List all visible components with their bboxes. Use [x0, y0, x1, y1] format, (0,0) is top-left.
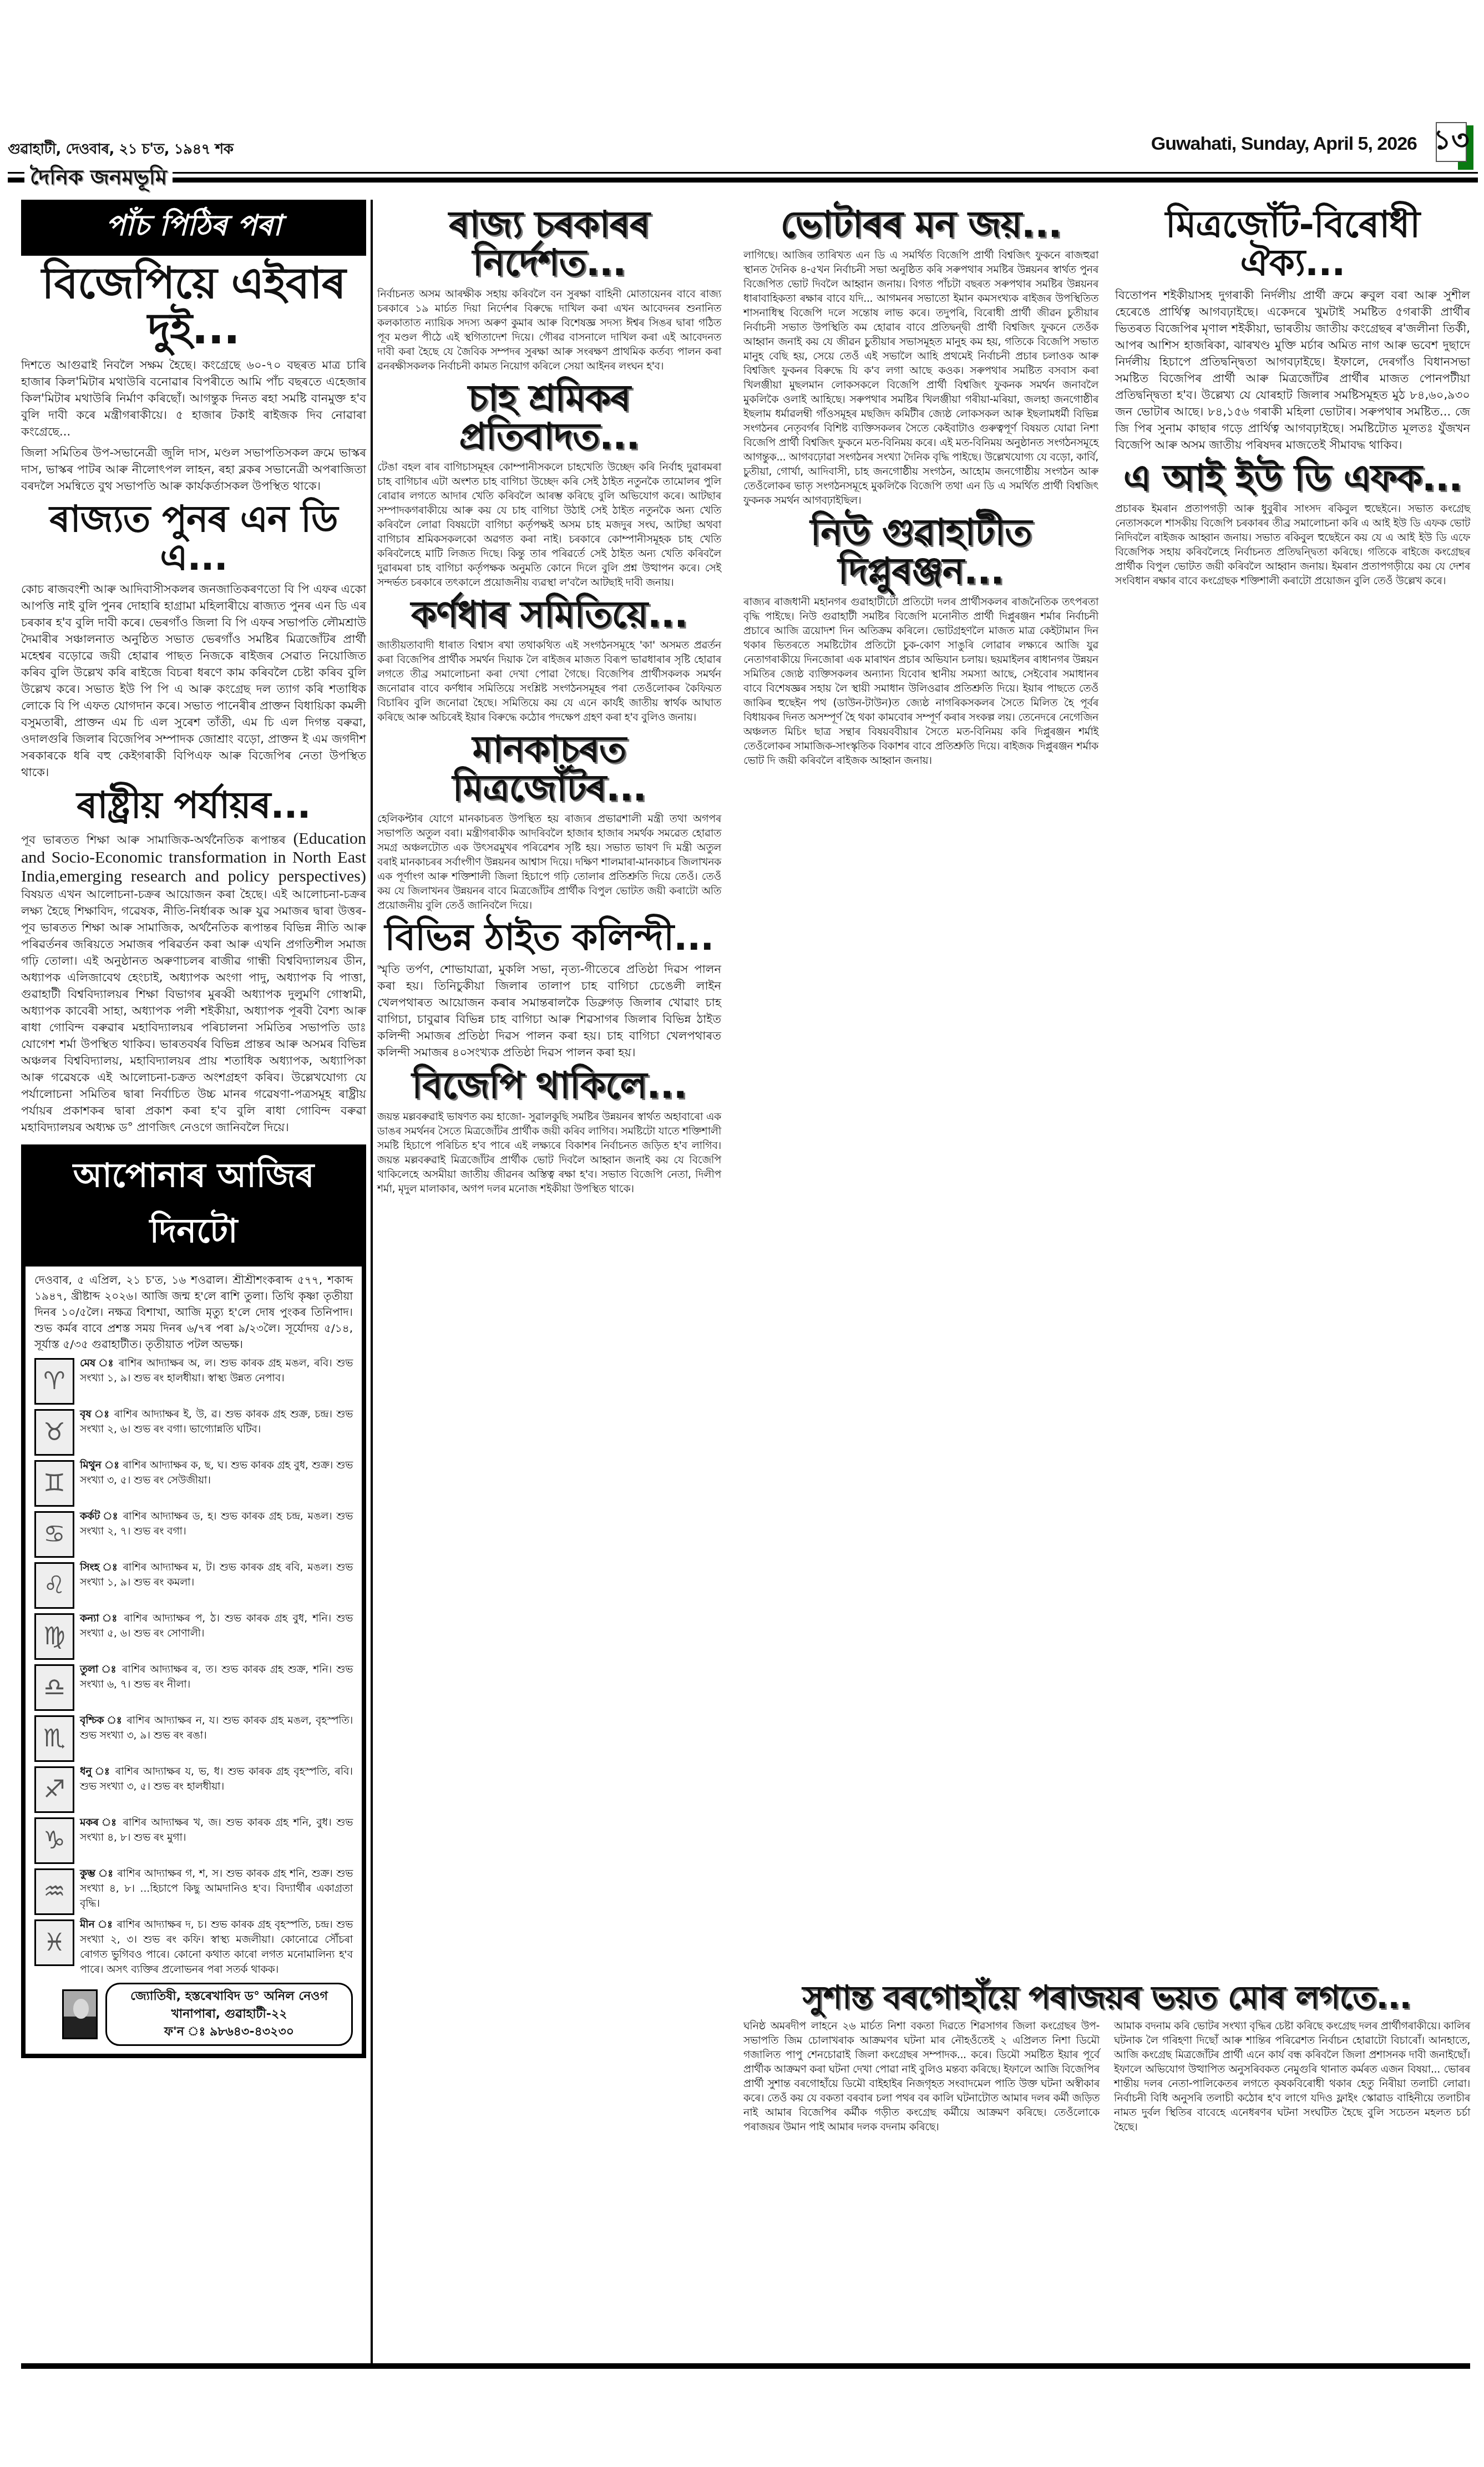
article-body: জিলা সমিতিৰ উপ-সভানেত্ৰী জুলি দাস, মণ্ডল… — [21, 444, 366, 494]
page-number-badge: ১৩ — [1429, 122, 1473, 166]
article-karnadhar-committee: কৰ্ণধাৰ সমিতিয়ে... জাতীয়তাবাদী ধাৰাত ব… — [377, 595, 721, 725]
headline: ৰাজ্যত পুনৰ এন ডি এ... — [21, 500, 366, 577]
article-body: পূব ভাৰতত শিক্ষা আৰু সামাজিক-অৰ্থনৈতিক ৰ… — [21, 829, 366, 1136]
zodiac-forecast: ৰাশিৰ আদ্যাক্ষৰ ম, ট। শুভ কাৰক গ্ৰহ ৰবি,… — [80, 1562, 353, 1588]
article-body: লাগিছে। আজিৰ তাৰিখত এন ডি এ সমৰ্থিত বিজে… — [743, 248, 1098, 508]
column-a: পাঁচ পিঠিৰ পৰা বিজেপিয়ে এইবাৰ দুই... দি… — [21, 200, 366, 2058]
zodiac-icon: ♋ — [34, 1511, 74, 1558]
headline: মানকাচৰত মিত্ৰজোঁটৰ... — [377, 730, 721, 807]
article-body: স্মৃতি তৰ্পণ, শোভাযাত্ৰা, মুকলি সভা, নৃত… — [377, 961, 721, 1061]
zodiac-text: বৃশ্চিক ঃ ৰাশিৰ আদ্যাক্ষৰ ন, য। শুভ কাৰক… — [80, 1713, 353, 1762]
zodiac-forecast: ৰাশিৰ আদ্যাক্ষৰ প, ঠ। শুভ কাৰক গ্ৰহ বুধ,… — [80, 1613, 353, 1639]
zodiac-forecast: ৰাশিৰ আদ্যাক্ষৰ ৰ, ত। শুভ কাৰক গ্ৰহ শুক্… — [80, 1664, 353, 1690]
zodiac-name: মকৰ ঃ — [80, 1817, 118, 1828]
zodiac-name: কৰ্কট ঃ — [80, 1511, 119, 1522]
article-body: আমাক বদনাম কৰি ভোটৰ সংখ্যা বৃদ্ধিৰ চেষ্ট… — [1114, 2019, 1470, 2134]
article-lead: পূব ভাৰতত শিক্ষা আৰু সামাজিক-অৰ্থনৈতিক ৰ… — [21, 833, 286, 847]
article-nda-again: ৰাজ্যত পুনৰ এন ডি এ... কোচ ৰাজবংশী আৰু আ… — [21, 500, 366, 781]
divider — [8, 172, 1478, 174]
article-bjp-two: বিজেপিয়ে এইবাৰ দুই... দিশতে আগুৱাই নিবল… — [21, 261, 366, 494]
horoscope-box: আপোনাৰ আজিৰ দিনটো দেওবাৰ, ৫ এপ্ৰিল, ২১ চ… — [21, 1144, 366, 2058]
article-tea-workers-protest: চাহ শ্ৰমিকৰ প্ৰতিবাদত... টেঙা বহল ৰাৰ বা… — [377, 379, 721, 590]
newspaper-logo: দৈনিক জনমভূমি — [24, 161, 173, 196]
article-alliance-opposition-unity: মিত্ৰজোঁট-বিৰোধী ঐক্য... বিতোপন শইকীয়াস… — [1115, 205, 1470, 453]
zodiac-name: বৃষ ঃ — [80, 1409, 110, 1420]
zodiac-text: মকৰ ঃ ৰাশিৰ আদ্যাক্ষৰ খ, জ। শুভ কাৰক গ্ৰ… — [80, 1815, 353, 1864]
zodiac-entry: ♍কন্যা ঃ ৰাশিৰ আদ্যাক্ষৰ প, ঠ। শুভ কাৰক … — [34, 1611, 353, 1660]
article-body: ৰাজ্যৰ ৰাজধানী মহানগৰ গুৱাহাটীটো প্ৰতিটো… — [743, 595, 1098, 768]
zodiac-forecast: ৰাশিৰ আদ্যাক্ষৰ গ, শ, স। শুভ কাৰক গ্ৰহ শ… — [80, 1868, 353, 1909]
zodiac-forecast: ৰাশিৰ আদ্যাক্ষৰ দ, চ। শুভ কাৰক গ্ৰহ বৃহস… — [80, 1919, 353, 1975]
section-kicker: পাঁচ পিঠিৰ পৰা — [21, 200, 366, 256]
headline: ভোটাৰৰ মন জয়... — [743, 205, 1098, 244]
article-national-level: ৰাষ্ট্ৰীয় পৰ্যায়ৰ... পূব ভাৰতত শিক্ষা … — [21, 786, 366, 1135]
zodiac-text: কন্যা ঃ ৰাশিৰ আদ্যাক্ষৰ প, ঠ। শুভ কাৰক গ… — [80, 1611, 353, 1660]
zodiac-entry: ♓মীন ঃ ৰাশিৰ আদ্যাক্ষৰ দ, চ। শুভ কাৰক গ্… — [34, 1917, 353, 1977]
divider — [8, 178, 1478, 183]
headline: বিজেপিয়ে এইবাৰ দুই... — [21, 261, 366, 352]
zodiac-list: ♈মেষ ঃ ৰাশিৰ আদ্যাক্ষৰ অ, ল। শুভ কাৰক গ্… — [34, 1356, 353, 1977]
zodiac-name: বৃশ্চিক ঃ — [80, 1715, 123, 1726]
zodiac-entry: ♋কৰ্কট ঃ ৰাশিৰ আদ্যাক্ষৰ ড, হ। শুভ কাৰক … — [34, 1509, 353, 1558]
article-mankachar-alliance: মানকাচৰত মিত্ৰজোঁটৰ... হেলিকপ্টাৰ যোগে ম… — [377, 730, 721, 913]
article-kalindi-celebrations: বিভিন্ন ঠাইত কলিন্দী... স্মৃতি তৰ্পণ, শো… — [377, 918, 721, 1061]
article-body: জয়ন্ত মল্লবৰুৱাই ভাষণত কয় হাজো- সুৱালক… — [377, 1110, 721, 1196]
article-body: নিৰ্বাচনত অসম আৰক্ষীক সহায় কৰিবলৈ বন সু… — [377, 287, 721, 373]
zodiac-icon: ♏ — [34, 1715, 74, 1762]
zodiac-icon: ♓ — [34, 1919, 74, 1966]
masthead: গুৱাহাটী, দেওবাৰ, ২১ চ'ত, ১৯৪৭ শক Guwaha… — [8, 133, 1478, 189]
article-new-guwahati: নিউ গুৱাহাটীত দিপ্লুৰঞ্জন... ৰাজ্যৰ ৰাজধ… — [743, 513, 1098, 768]
date-assamese: গুৱাহাটী, দেওবাৰ, ২১ চ'ত, ১৯৪৭ শক — [8, 138, 233, 162]
headline: মিত্ৰজোঁট-বিৰোধী ঐক্য... — [1115, 205, 1470, 282]
zodiac-icon: ♊ — [34, 1460, 74, 1507]
page-number: ১৩ — [1436, 122, 1467, 162]
zodiac-text: মীন ঃ ৰাশিৰ আদ্যাক্ষৰ দ, চ। শুভ কাৰক গ্ৰ… — [80, 1917, 353, 1977]
zodiac-icon: ♐ — [34, 1766, 74, 1813]
zodiac-entry: ♉বৃষ ঃ ৰাশিৰ আদ্যাক্ষৰ ই, উ, ৱ। শুভ কাৰক… — [34, 1407, 353, 1456]
zodiac-name: তুলা ঃ — [80, 1664, 118, 1675]
zodiac-name: মিথুন ঃ — [80, 1460, 119, 1471]
zodiac-text: সিংহ ঃ ৰাশিৰ আদ্যাক্ষৰ ম, ট। শুভ কাৰক গ্… — [80, 1560, 353, 1609]
zodiac-text: তুলা ঃ ৰাশিৰ আদ্যাক্ষৰ ৰ, ত। শুভ কাৰক গ্… — [80, 1662, 353, 1711]
zodiac-entry: ♌সিংহ ঃ ৰাশিৰ আদ্যাক্ষৰ ম, ট। শুভ কাৰক গ… — [34, 1560, 353, 1609]
zodiac-entry: ♐ধনু ঃ ৰাশিৰ আদ্যাক্ষৰ য, ভ, ধ। শুভ কাৰক… — [34, 1764, 353, 1813]
zodiac-text: মেষ ঃ ৰাশিৰ আদ্যাক্ষৰ অ, ল। শুভ কাৰক গ্ৰ… — [80, 1356, 353, 1405]
article-win-voters: ভোটাৰৰ মন জয়... লাগিছে। আজিৰ তাৰিখত এন … — [743, 205, 1098, 508]
column-d: মিত্ৰজোঁট-বিৰোধী ঐক্য... বিতোপন শইকীয়াস… — [1115, 200, 1470, 592]
zodiac-entry: ♑মকৰ ঃ ৰাশিৰ আদ্যাক্ষৰ খ, জ। শুভ কাৰক গ্… — [34, 1815, 353, 1864]
zodiac-icon: ♍ — [34, 1613, 74, 1660]
headline: বিজেপি থাকিলে... — [377, 1066, 721, 1105]
astrologer-phone: ফ'ন ঃ ৯৮৬৪৩-৪৩২৩০ — [110, 2023, 348, 2041]
zodiac-name: কন্যা ঃ — [80, 1613, 119, 1624]
horoscope-title: আপোনাৰ আজিৰ দিনটো — [26, 1149, 362, 1267]
headline: চাহ শ্ৰমিকৰ প্ৰতিবাদত... — [377, 379, 721, 456]
zodiac-forecast: ৰাশিৰ আদ্যাক্ষৰ ড, হ। শুভ কাৰক গ্ৰহ চন্দ… — [80, 1511, 353, 1537]
date-english: Guwahati, Sunday, April 5, 2026 — [1151, 133, 1417, 155]
column-divider — [371, 200, 373, 2363]
zodiac-name: মেষ ঃ — [80, 1357, 114, 1369]
horoscope-intro: দেওবাৰ, ৫ এপ্ৰিল, ২১ চ'ত, ১৬ শওৱাল। শ্ৰী… — [34, 1272, 353, 1352]
astrologer-credit: জ্যোতিষী, হস্তৰেখাবিদ ড° অনিল নেওগ খানাপ… — [62, 1983, 353, 2046]
zodiac-forecast: ৰাশিৰ আদ্যাক্ষৰ ই, উ, ৱ। শুভ কাৰক গ্ৰহ শ… — [80, 1409, 353, 1435]
article-text: বিষয়ত এখন আলোচনা-চক্ৰৰ আয়োজন কৰা হৈছে।… — [21, 888, 366, 1134]
zodiac-entry: ♒কুম্ভ ঃ ৰাশিৰ আদ্যাক্ষৰ গ, শ, স। শুভ কা… — [34, 1866, 353, 1915]
zodiac-forecast: ৰাশিৰ আদ্যাক্ষৰ অ, ল। শুভ কাৰক গ্ৰহ মঙল,… — [80, 1357, 353, 1384]
article-body: ঘনিষ্ঠ অমৰদীপ লাহনে ২৬ মাৰ্চত নিশা বকতা … — [743, 2019, 1100, 2134]
article-body: টেঙা বহল ৰাৰ বাগিচাসমূহৰ কোম্পানীসকলে চা… — [377, 460, 721, 590]
zodiac-forecast: ৰাশিৰ আদ্যাক্ষৰ য, ভ, ধ। শুভ কাৰক গ্ৰহ ব… — [80, 1766, 353, 1792]
article-aiudf: এ আই ইউ ডি এফক... প্ৰচাৰক ইমৰান প্ৰতাপগড… — [1115, 459, 1470, 588]
zodiac-icon: ♉ — [34, 1409, 74, 1456]
zodiac-text: কুম্ভ ঃ ৰাশিৰ আদ্যাক্ষৰ গ, শ, স। শুভ কাৰ… — [80, 1866, 353, 1915]
zodiac-icon: ♑ — [34, 1817, 74, 1864]
headline: এ আই ইউ ডি এফক... — [1115, 459, 1470, 497]
article-if-bjp-stays: বিজেপি থাকিলে... জয়ন্ত মল্লবৰুৱাই ভাষণত… — [377, 1066, 721, 1195]
zodiac-text: বৃষ ঃ ৰাশিৰ আদ্যাক্ষৰ ই, উ, ৱ। শুভ কাৰক … — [80, 1407, 353, 1456]
zodiac-icon: ♌ — [34, 1562, 74, 1609]
zodiac-entry: ♊মিথুন ঃ ৰাশিৰ আদ্যাক্ষৰ ক, ছ, ঘ। শুভ কা… — [34, 1458, 353, 1507]
headline: ৰাজ্য চৰকাৰৰ নিৰ্দেশত... — [377, 205, 721, 282]
astrologer-info: জ্যোতিষী, হস্তৰেখাবিদ ড° অনিল নেওগ খানাপ… — [105, 1983, 353, 2046]
article-body: বিতোপন শইকীয়াসহ দুগৰাকী নিৰ্দলীয় প্ৰাৰ… — [1115, 287, 1470, 453]
headline: ৰাষ্ট্ৰীয় পৰ্যায়ৰ... — [21, 786, 366, 824]
headline: নিউ গুৱাহাটীত দিপ্লুৰঞ্জন... — [743, 513, 1098, 590]
zodiac-icon: ♎ — [34, 1664, 74, 1711]
zodiac-icon: ♈ — [34, 1358, 74, 1405]
zodiac-entry: ♎তুলা ঃ ৰাশিৰ আদ্যাক্ষৰ ৰ, ত। শুভ কাৰক গ… — [34, 1662, 353, 1711]
article-body: প্ৰচাৰক ইমৰান প্ৰতাপগড়ী আৰু ধুবুৰীৰ সাং… — [1115, 501, 1470, 588]
article-body: কোচ ৰাজবংশী আৰু আদিবাসীসকলৰ জনজাতিকৰণতো … — [21, 581, 366, 781]
divider — [21, 2363, 1470, 2369]
zodiac-icon: ♒ — [34, 1868, 74, 1915]
column-b: ৰাজ্য চৰকাৰৰ নিৰ্দেশত... নিৰ্বাচনত অসম আ… — [377, 200, 721, 1200]
article-body: হেলিকপ্টাৰ যোগে মানকাচৰত উপস্থিত হয় ৰাজ… — [377, 812, 721, 913]
zodiac-text: মিথুন ঃ ৰাশিৰ আদ্যাক্ষৰ ক, ছ, ঘ। শুভ কাৰ… — [80, 1458, 353, 1507]
article-body: দিশতে আগুৱাই নিবলৈ সক্ষম হৈছে। কংগ্ৰেছে … — [21, 357, 366, 440]
astrologer-address: খানাপাৰা, গুৱাহাটী-২২ — [110, 2005, 348, 2023]
article-sushanta-borgohain: সুশান্ত বৰগোহাঁয়ে পৰাজয়ৰ ভয়ত মোৰ লগতে… — [743, 1975, 1470, 2139]
zodiac-text: কৰ্কট ঃ ৰাশিৰ আদ্যাক্ষৰ ড, হ। শুভ কাৰক গ… — [80, 1509, 353, 1558]
zodiac-name: মীন ঃ — [80, 1919, 113, 1931]
column-c: ভোটাৰৰ মন জয়... লাগিছে। আজিৰ তাৰিখত এন … — [743, 200, 1098, 772]
zodiac-name: ধনু ঃ — [80, 1766, 111, 1777]
zodiac-entry: ♈মেষ ঃ ৰাশিৰ আদ্যাক্ষৰ অ, ল। শুভ কাৰক গ্… — [34, 1356, 353, 1405]
logo-row: দৈনিক জনমভূমি — [8, 161, 1478, 189]
astrologer-photo — [62, 1989, 98, 2039]
headline: কৰ্ণধাৰ সমিতিয়ে... — [377, 595, 721, 634]
article-state-govt-directive: ৰাজ্য চৰকাৰৰ নিৰ্দেশত... নিৰ্বাচনত অসম আ… — [377, 205, 721, 373]
headline: বিভিন্ন ঠাইত কলিন্দী... — [377, 918, 721, 956]
headline: সুশান্ত বৰগোহাঁয়ে পৰাজয়ৰ ভয়ত মোৰ লগতে… — [743, 1980, 1470, 2014]
zodiac-name: সিংহ ঃ — [80, 1562, 119, 1573]
zodiac-text: ধনু ঃ ৰাশিৰ আদ্যাক্ষৰ য, ভ, ধ। শুভ কাৰক … — [80, 1764, 353, 1813]
zodiac-name: কুম্ভ ঃ — [80, 1868, 114, 1880]
zodiac-entry: ♏বৃশ্চিক ঃ ৰাশিৰ আদ্যাক্ষৰ ন, য। শুভ কাৰ… — [34, 1713, 353, 1762]
astrologer-name: জ্যোতিষী, হস্তৰেখাবিদ ড° অনিল নেওগ — [110, 1988, 348, 2005]
zodiac-forecast: ৰাশিৰ আদ্যাক্ষৰ ক, ছ, ঘ। শুভ কাৰক গ্ৰহ ব… — [80, 1460, 353, 1486]
article-body: জাতীয়তাবাদী ধাৰাত বিশ্বাস ৰখা তথাকথিত এ… — [377, 638, 721, 725]
zodiac-forecast: ৰাশিৰ আদ্যাক্ষৰ খ, জ। শুভ কাৰক গ্ৰহ শনি,… — [80, 1817, 353, 1843]
